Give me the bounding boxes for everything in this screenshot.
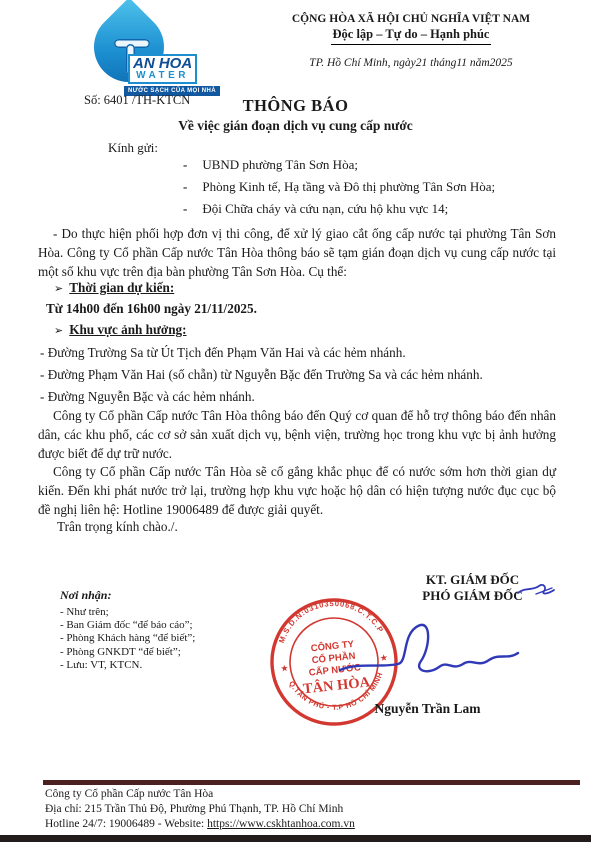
noi-nhan-item: - Lưu: VT, KTCN. bbox=[60, 659, 280, 672]
area-section-heading: ➢Khu vực ảnh hưởng: bbox=[54, 322, 187, 338]
national-header: CỘNG HÒA XÃ HỘI CHỦ NGHĨA VIỆT NAM Độc l… bbox=[255, 13, 567, 45]
arrow-bullet-icon: ➢ bbox=[54, 324, 63, 337]
tan-hoa-water-logo: AN HOA WATER NƯỚC SẠCH CỦA MỌI NHÀ bbox=[88, 6, 206, 98]
closing-line: Trân trọng kính chào./. bbox=[57, 519, 178, 535]
dash-bullet: - bbox=[183, 180, 187, 194]
recipient-list: - UBND phường Tân Sơn Hòa; - Phòng Kinh … bbox=[183, 158, 495, 224]
national-motto-line2: Độc lập – Tự do – Hạnh phúc bbox=[331, 27, 492, 45]
national-motto-line1: CỘNG HÒA XÃ HỘI CHỦ NGHĨA VIỆT NAM bbox=[255, 13, 567, 25]
notice-paragraph: Công ty Cổ phần Cấp nước Tân Hòa thông b… bbox=[38, 406, 556, 463]
noi-nhan-block: Nơi nhận: - Như trên; - Ban Giám đốc “để… bbox=[60, 588, 280, 672]
bottom-page-bar bbox=[0, 835, 591, 842]
page-subtitle: Về việc gián đoạn dịch vụ cung cấp nước bbox=[0, 118, 591, 134]
recipient-item: - Đội Chữa cháy và cứu nạn, cứu hộ khu v… bbox=[183, 202, 495, 216]
area-heading-label: Khu vực ảnh hưởng: bbox=[69, 322, 186, 337]
dash-bullet: - bbox=[183, 158, 187, 172]
logo-name: AN HOA WATER bbox=[128, 54, 197, 84]
noi-nhan-item: - Phòng Khách hàng “để biết”; bbox=[60, 632, 280, 645]
time-heading-label: Thời gian dự kiến: bbox=[69, 280, 174, 295]
affected-area-item: - Đường Nguyễn Bặc và các hẻm nhánh. bbox=[40, 389, 255, 405]
time-section-heading: ➢Thời gian dự kiến: bbox=[54, 280, 174, 296]
footer-contact-block: Công ty Cổ phần Cấp nước Tân Hòa Địa chỉ… bbox=[45, 787, 355, 833]
footer-address: Địa chỉ: 215 Trần Thủ Độ, Phường Phú Thạ… bbox=[45, 802, 355, 817]
salutation: Kính gửi: bbox=[108, 140, 158, 156]
affected-area-item: - Đường Phạm Văn Hai (số chẵn) từ Nguyễn… bbox=[40, 367, 483, 383]
noi-nhan-item: - Như trên; bbox=[60, 606, 280, 619]
recipient-label: UBND phường Tân Sơn Hòa; bbox=[202, 158, 358, 172]
footer-hotline-line: Hotline 24/7: 19006489 - Website: https:… bbox=[45, 817, 355, 832]
stamp-star-icon: ★ bbox=[280, 663, 289, 674]
recipient-label: Đội Chữa cháy và cứu nạn, cứu hộ khu vực… bbox=[202, 202, 448, 216]
signer-initials-mark bbox=[516, 578, 560, 602]
footer-company: Công ty Cổ phần Cấp nước Tân Hòa bbox=[45, 787, 355, 802]
signer-name: Nguyễn Trần Lam bbox=[345, 701, 510, 717]
date-line: TP. Hồ Chí Minh, ngày21 tháng11 năm2025 bbox=[255, 57, 567, 69]
document-page: AN HOA WATER NƯỚC SẠCH CỦA MỌI NHÀ CỘNG … bbox=[0, 0, 591, 842]
recipient-label: Phòng Kinh tế, Hạ tầng và Đô thị phường … bbox=[202, 180, 495, 194]
footer-website-link[interactable]: https://www.cskhtanhoa.com.vn bbox=[207, 818, 355, 830]
time-value: Từ 14h00 đến 16h00 ngày 21/11/2025. bbox=[46, 301, 257, 317]
noi-nhan-item: - Phòng GNKDT “để biết”; bbox=[60, 646, 280, 659]
hotline-paragraph: Công ty Cổ phần Cấp nước Tân Hòa sẽ cố g… bbox=[38, 462, 556, 519]
arrow-bullet-icon: ➢ bbox=[54, 282, 63, 295]
logo-name-line1: AN HOA bbox=[133, 56, 192, 71]
logo-name-line2: WATER bbox=[133, 71, 192, 81]
noi-nhan-heading: Nơi nhận: bbox=[60, 588, 280, 603]
intro-paragraph: - Do thực hiện phối hợp đơn vị thi công,… bbox=[38, 224, 556, 281]
page-title: THÔNG BÁO bbox=[0, 96, 591, 116]
recipient-item: - Phòng Kinh tế, Hạ tầng và Đô thị phườn… bbox=[183, 180, 495, 194]
handwritten-signature bbox=[336, 608, 526, 703]
dash-bullet: - bbox=[183, 202, 187, 216]
affected-area-item: - Đường Trường Sa từ Út Tịch đến Phạm Vă… bbox=[40, 345, 406, 361]
footer-hotline-prefix: Hotline 24/7: 19006489 - Website: bbox=[45, 818, 207, 830]
footer-divider-bar bbox=[43, 780, 580, 785]
recipient-item: - UBND phường Tân Sơn Hòa; bbox=[183, 158, 495, 172]
noi-nhan-item: - Ban Giám đốc “để báo cáo”; bbox=[60, 619, 280, 632]
